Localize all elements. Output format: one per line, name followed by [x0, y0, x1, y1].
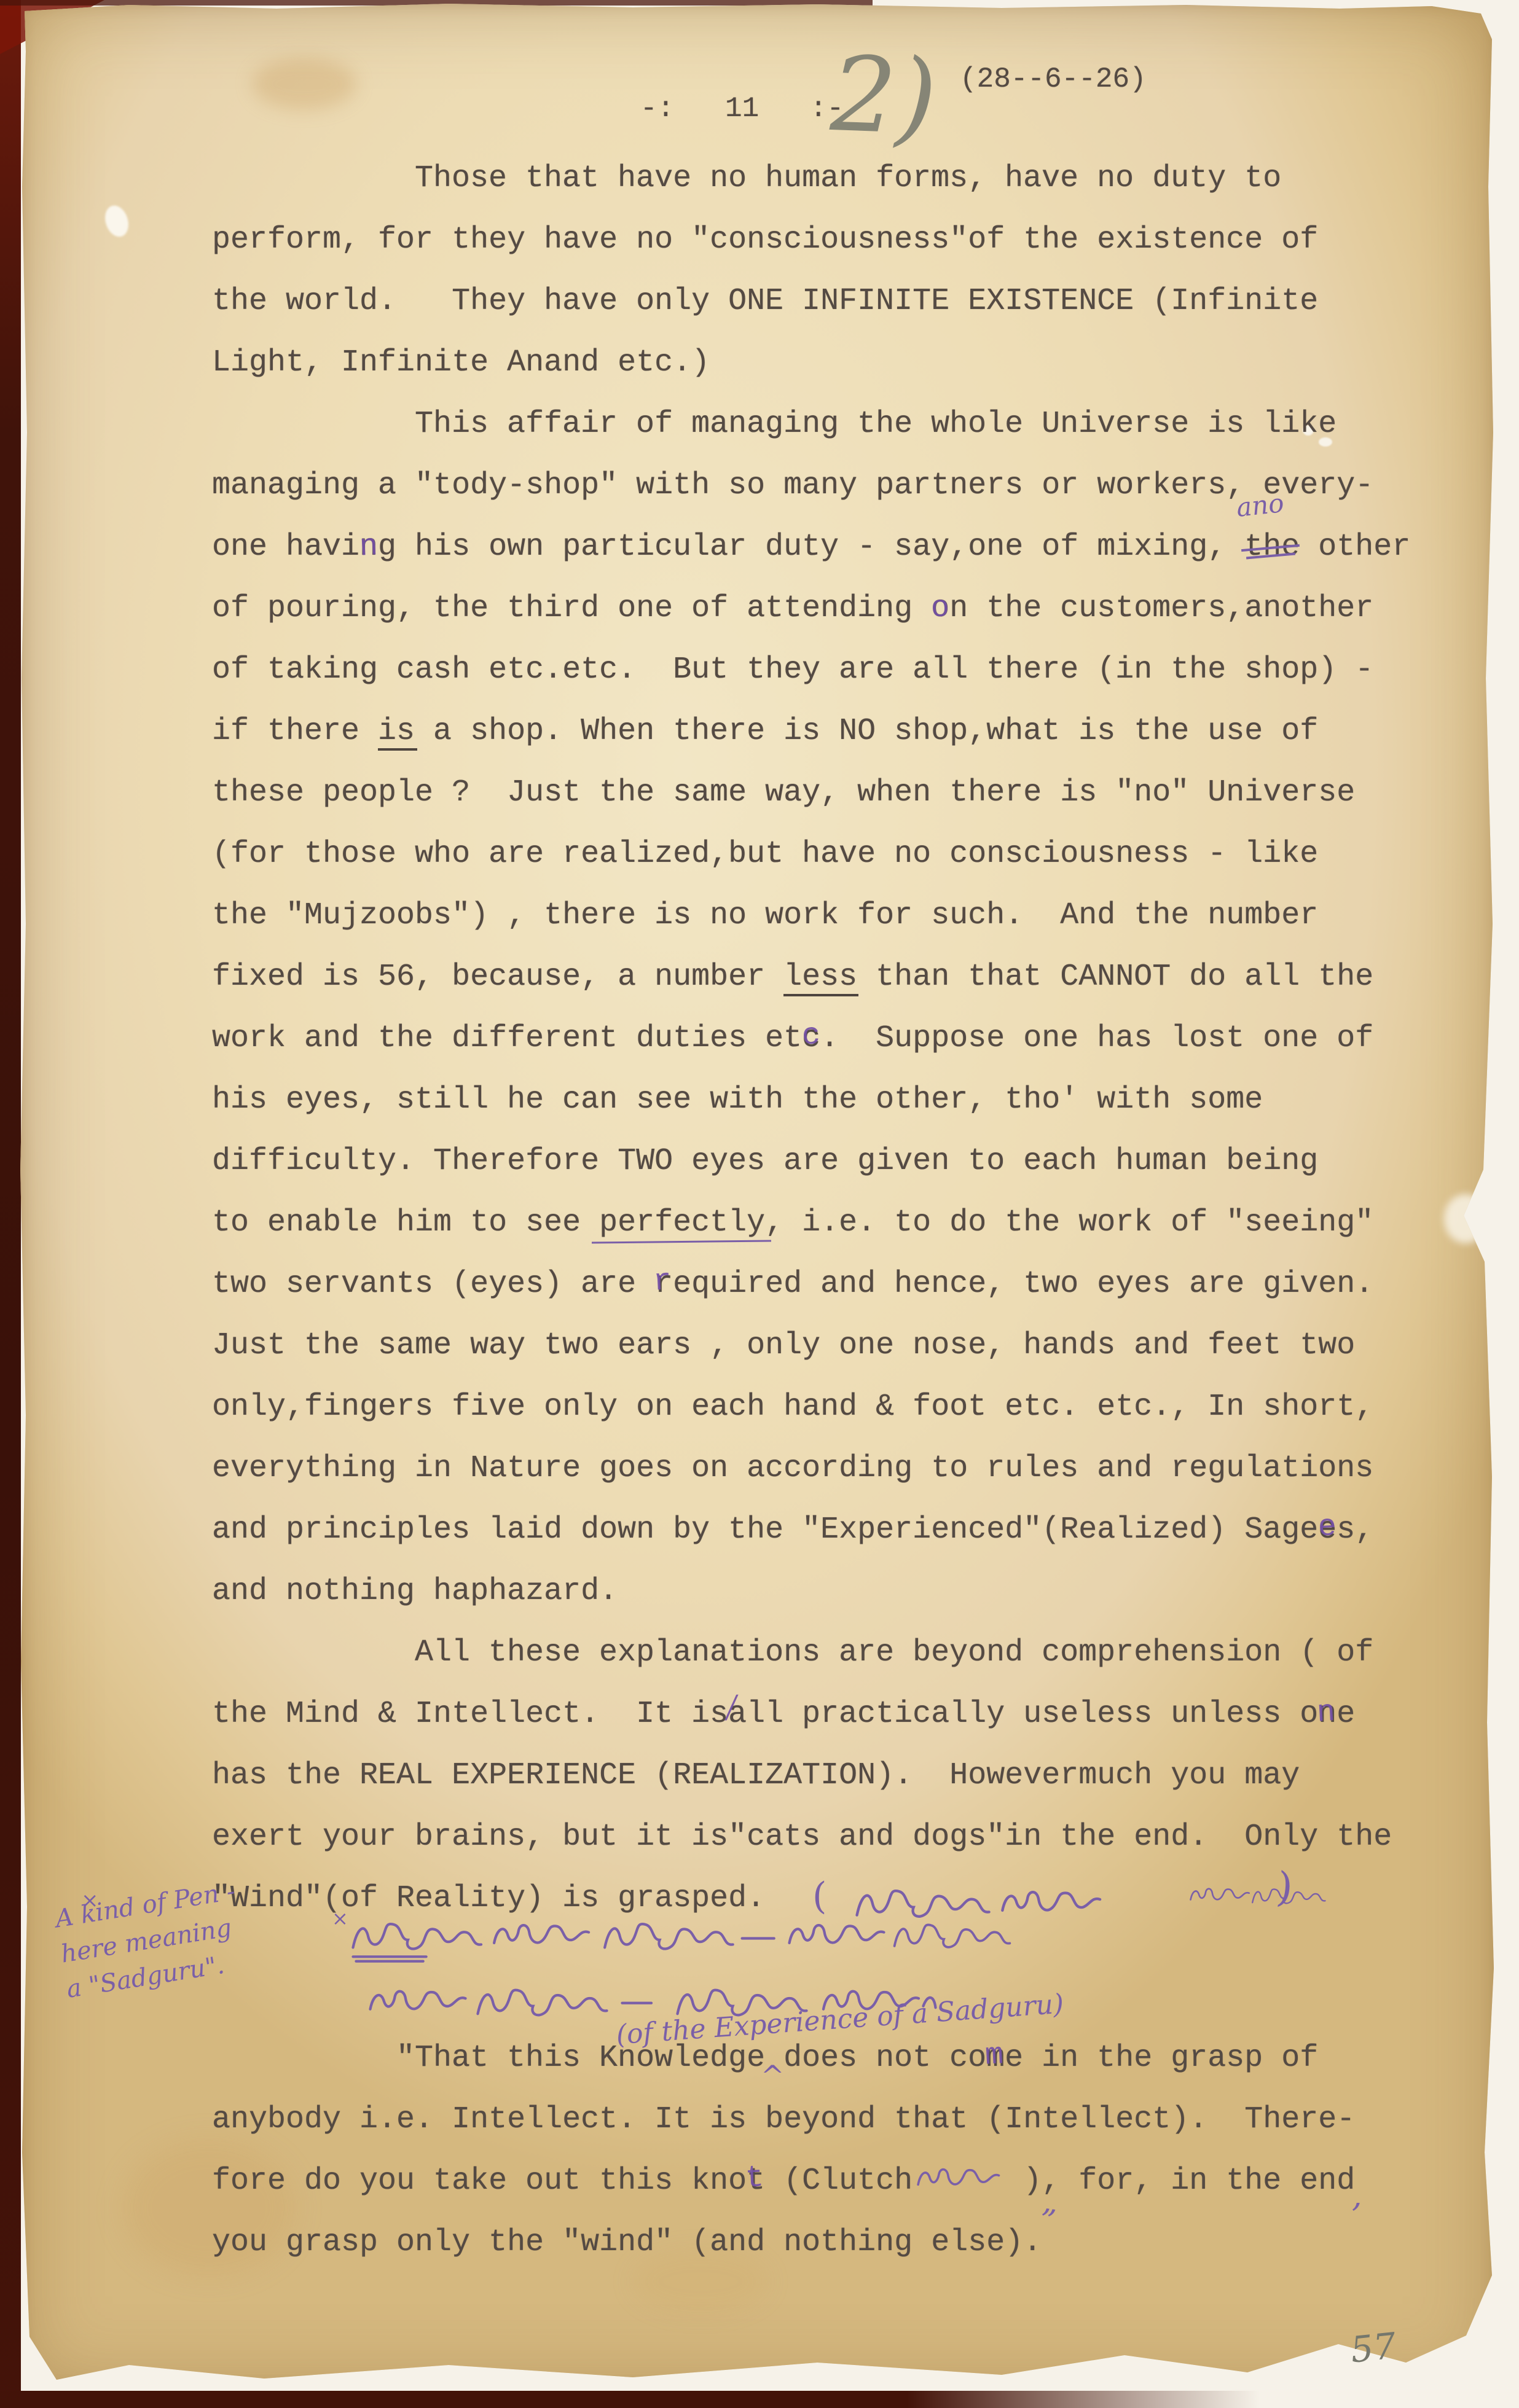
typed-line: Just the same way two ears , only one no… — [212, 1327, 1355, 1365]
paper-tear-highlight — [1444, 1194, 1487, 1243]
typed-line: fixed is 56, because, a number less than… — [212, 958, 1373, 996]
page-number: -: 11 :- — [640, 90, 844, 128]
typed-line: only,fingers five only on each hand & fo… — [212, 1388, 1373, 1426]
typed-line: his eyes, still he can see with the othe… — [212, 1081, 1263, 1119]
handwritten-word-ano: ano — [1235, 488, 1285, 523]
typed-line: and principles laid down by the "Experie… — [212, 1511, 1373, 1549]
typed-line: to enable him to see perfectly, i.e. to … — [212, 1204, 1373, 1242]
typed-line: two servants (eyes) are required and hen… — [212, 1265, 1373, 1304]
inserted-comma: , — [1352, 2178, 1362, 2214]
typed-line: of taking cash etc.etc. But they are all… — [212, 651, 1373, 689]
scan-edge-bottom — [0, 2391, 1260, 2408]
inserted-letter-o: o — [930, 590, 951, 626]
inserted-letter-c: c — [801, 1018, 822, 1053]
underline-is — [378, 748, 417, 751]
overwritten-letter-m: m — [984, 2038, 1005, 2073]
typed-line: has the REAL EXPERIENCE (REALIZATION). H… — [212, 1757, 1300, 1795]
gujarati-handwriting-clutch — [917, 2160, 1006, 2198]
typed-line: fore do you take out this knot (Clutch )… — [212, 2162, 1355, 2200]
reference-mark: × — [332, 1907, 348, 1930]
typed-line: if there is a shop. When there is NO sho… — [212, 713, 1318, 751]
insertion-slash: ∕ — [719, 1687, 744, 1732]
typed-line: exert your brains, but it is"cats and do… — [212, 1818, 1392, 1856]
inserted-letter-n: n — [359, 529, 379, 565]
typed-line: work and the different duties etc. Suppo… — [212, 1020, 1373, 1058]
typed-line: the world. They have only ONE INFINITE E… — [212, 283, 1318, 321]
typed-line: Light, Infinite Anand etc.) — [212, 344, 710, 382]
scanned-document: { "colors":{"paper":"#eedeb8","typewrite… — [0, 0, 1519, 2408]
typed-line: (for those who are realized,but have no … — [212, 835, 1318, 874]
scan-edge-left — [0, 0, 21, 2408]
typed-line: "That this Knowledge does not come in th… — [396, 2039, 1318, 2078]
paper-hole — [101, 203, 132, 240]
typed-line: these people ? Just the same way, when t… — [212, 774, 1355, 812]
typed-line: you grasp only the "wind" (and nothing e… — [212, 2224, 1042, 2262]
typed-line: difficulty. Therefore TWO eyes are given… — [212, 1143, 1318, 1181]
typed-date: (28--6--26) — [960, 60, 1147, 98]
insertion-caret: ^ — [761, 2059, 785, 2092]
inserted-letter-n: n — [1316, 1695, 1336, 1730]
typed-line: one having his own particular duty - say… — [212, 528, 1410, 566]
typed-line: the "Mujzoobs") , there is no work for s… — [212, 897, 1318, 935]
typed-line: Those that have no human forms, have no … — [415, 160, 1281, 198]
typed-line: the Mind & Intellect. It isall practical… — [212, 1695, 1355, 1734]
inserted-letter-e: e — [1317, 1509, 1338, 1545]
pencil-page-number: 57 — [1349, 2324, 1399, 2371]
paper-stain — [252, 58, 356, 110]
typed-line: All these explanations are beyond compre… — [415, 1634, 1373, 1672]
typed-line: perform, for they have no "consciousness… — [212, 221, 1318, 259]
typed-line: managing a "tody-shop" with so many part… — [212, 467, 1373, 505]
underline-less — [783, 994, 858, 996]
overwritten-letter-t: t — [745, 2160, 765, 2196]
typed-line: This affair of managing the whole Univer… — [415, 405, 1336, 444]
inserted-letter-r: r — [653, 1264, 673, 1299]
gujarati-handwriting-line1 — [351, 1912, 1015, 1968]
pencil-sequence-number: 2) — [829, 34, 939, 158]
typed-line: everything in Nature goes on according t… — [212, 1450, 1373, 1488]
typed-line: anybody i.e. Intellect. It is beyond tha… — [212, 2101, 1355, 2139]
typed-line: of pouring, the third one of attending o… — [212, 590, 1373, 628]
typed-line: and nothing haphazard. — [212, 1573, 618, 1611]
